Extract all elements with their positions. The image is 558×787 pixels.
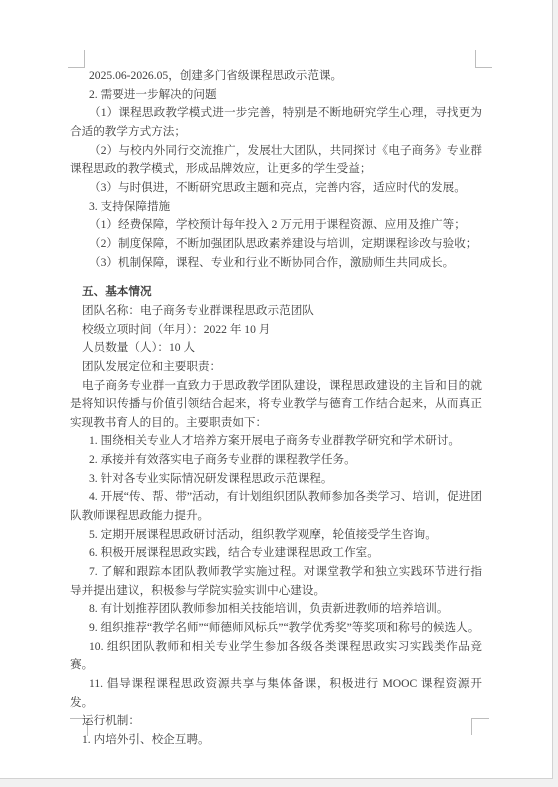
paragraph: 校级立项时间（年月）：2022 年 10 月 [70,321,482,340]
paragraph: 8. 有计划推荐团队教师参加相关技能培训，负责新进教师的培养培训。 [70,600,482,619]
section-heading: 五、基本情况 [70,283,482,302]
paragraph: 3. 针对各专业实际情况研发课程思政示范课程。 [70,470,482,489]
paragraph: 2. 需要进一步解决的问题 [70,86,482,105]
paragraph: 团队名称：电子商务专业群课程思政示范团队 [70,302,482,321]
text-boundary-mark-top-right [475,50,492,68]
paragraph: 电子商务专业群一直致力于思政教学团队建设，课程思政建设的主旨和目的就是将知识传播… [70,377,482,433]
text-boundary-mark-top-left [68,50,85,68]
paragraph: 6. 积极开展课程思政实践，结合专业建课程思政工作室。 [70,544,482,563]
paragraph: 1. 内培外引、校企互聘。 [70,731,482,750]
paragraph: （2）与校内外同行交流推广，发展壮大团队，共同探讨《电子商务》专业群课程思政的教… [70,142,482,179]
document-body: 2025.06-2026.05，创建多门省级课程思政示范课。2. 需要进一步解决… [70,67,482,750]
paragraph: （3）机制保障，课程、专业和行业不断协同合作，激励师生共同成长。 [70,254,482,273]
paragraph: 10. 组织团队教师和相关专业学生参加各级各类课程思政实习实践类作品竞赛。 [70,638,482,675]
paragraph: （2）制度保障，不断加强团队思政素养建设与培训，定期课程诊改与验收； [70,235,482,254]
paragraph: 2. 承接并有效落实电子商务专业群的课程教学任务。 [70,451,482,470]
paragraph: 2025.06-2026.05，创建多门省级课程思政示范课。 [70,67,482,86]
paragraph: （1）课程思政教学模式进一步完善，特别是不断地研究学生心理，寻找更为合适的教学方… [70,104,482,141]
paragraph: 人员数量（人）：10 人 [70,339,482,358]
paragraph: 运行机制： [70,712,482,731]
paragraph: 11. 倡导课程课程思政资源共享与集体备课，积极进行 MOOC 课程资源开发。 [70,675,482,712]
paragraph: 7. 了解和跟踪本团队教师教学实施过程。对课堂教学和独立实践环节进行指导并提出建… [70,563,482,600]
paragraph: 5. 定期开展课程思政研讨活动，组织教学观摩，轮值接受学生咨询。 [70,526,482,545]
paragraph: （1）经费保障，学校预计每年投入 2 万元用于课程资源、应用及推广等； [70,216,482,235]
paragraph: 4. 开展“传、帮、带”活动，有计划组织团队教师参加各类学习、培训，促进团队教师… [70,488,482,525]
paragraph: 9. 组织推荐“教学名师”“师德师风标兵”“教学优秀奖”等奖项和称号的候选人。 [70,619,482,638]
paragraph: 3. 支持保障措施 [70,198,482,217]
paragraph: 1. 围绕相关专业人才培养方案开展电子商务专业群教学研究和学术研讨。 [70,432,482,451]
document-page: 2025.06-2026.05，创建多门省级课程思政示范课。2. 需要进一步解决… [0,0,553,779]
paragraph: 团队发展定位和主要职责： [70,358,482,377]
paragraph: （3）与时俱进，不断研究思政主题和亮点，完善内容，适应时代的发展。 [70,179,482,198]
